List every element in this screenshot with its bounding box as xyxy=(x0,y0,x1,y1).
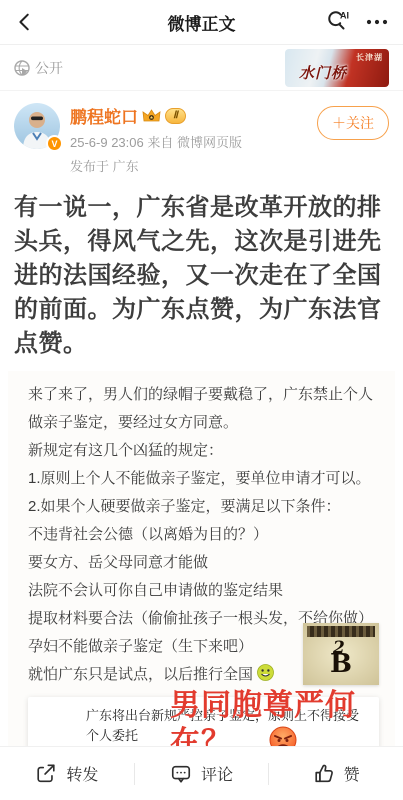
post-location: 发布于 广东 xyxy=(70,157,317,176)
like-icon xyxy=(313,763,335,785)
embedded-paragraph: 不违背社会公德（以离婚为目的？） xyxy=(28,521,381,549)
avatar[interactable]: V xyxy=(14,103,60,149)
embedded-paragraph: 1.原则上个人不能做亲子鉴定，要单位申请才可以。 xyxy=(28,465,381,493)
embedded-paragraph: 来了来了，男人们的绿帽子要戴稳了，广东禁止个人做亲子鉴定，要经过女方同意。 xyxy=(28,381,381,437)
banner-small-text: 长津湖 xyxy=(356,52,383,63)
like-label: 赞 xyxy=(344,762,360,785)
repost-label: 转发 xyxy=(66,762,98,785)
banner-large-text: 水门桥 xyxy=(299,62,347,83)
calligraphy-caption-bar xyxy=(307,626,375,637)
post-main-text: 有一说一，广东省是改革开放的排头兵，得风气之先，这次是引进先进的法国经验，又一次… xyxy=(14,191,389,361)
like-button[interactable]: 赞 xyxy=(269,762,403,785)
visibility-row: 公开 长津湖 水门桥 xyxy=(0,45,403,91)
bottom-action-bar: 转发 评论 赞 xyxy=(0,746,403,800)
globe-icon xyxy=(14,60,30,76)
comment-label: 评论 xyxy=(201,762,233,785)
comment-icon xyxy=(170,763,192,785)
embedded-paragraph: 要女方、岳父母同意才能做 xyxy=(28,549,381,577)
calligraphy-glyph-bottom: B xyxy=(330,649,352,679)
crown-icon xyxy=(142,108,161,124)
post-timestamp: 25-6-9 23:06 来自 微博网页版 xyxy=(70,133,317,152)
calligraphy-meme-image: 2 B xyxy=(303,623,379,685)
smiley-emoji xyxy=(257,664,274,681)
comment-button[interactable]: 评论 xyxy=(135,762,269,785)
embedded-screenshot-image[interactable]: 来了来了，男人们的绿帽子要戴稳了，广东禁止个人做亲子鉴定，要经过女方同意。 新规… xyxy=(8,371,395,761)
visibility-label: 公开 xyxy=(35,58,63,78)
back-icon[interactable] xyxy=(14,11,36,33)
svg-text:AI: AI xyxy=(340,11,349,21)
top-nav-bar: 微博正文 AI xyxy=(0,0,403,44)
embedded-paragraph: 2.如果个人硬要做亲子鉴定，要满足以下条件： xyxy=(28,493,381,521)
verified-badge: V xyxy=(46,135,63,152)
embedded-paragraph: 新规定有这几个凶猛的规定： xyxy=(28,437,381,465)
ai-search-icon[interactable]: AI xyxy=(325,10,351,34)
repost-icon xyxy=(35,763,57,785)
page-title: 微博正文 xyxy=(168,10,236,35)
weibo-post-page: 微博正文 AI 公开 xyxy=(0,0,403,800)
follow-button[interactable]: ＋关注 xyxy=(317,106,389,140)
embedded-paragraph: 法院不会认可你自己申请做的鉴定结果 xyxy=(28,577,381,605)
repost-button[interactable]: 转发 xyxy=(0,762,134,785)
more-options-icon[interactable] xyxy=(365,18,389,26)
promo-banner-image[interactable]: 长津湖 水门桥 xyxy=(285,49,389,87)
author-row: V 鹏程蛇口 Ⅱ 25-6-9 23:06 来自 微博网页版 发布于 广东 ＋关… xyxy=(0,91,403,176)
vip-level-badge: Ⅱ xyxy=(165,108,186,124)
author-name[interactable]: 鹏程蛇口 xyxy=(70,103,138,128)
